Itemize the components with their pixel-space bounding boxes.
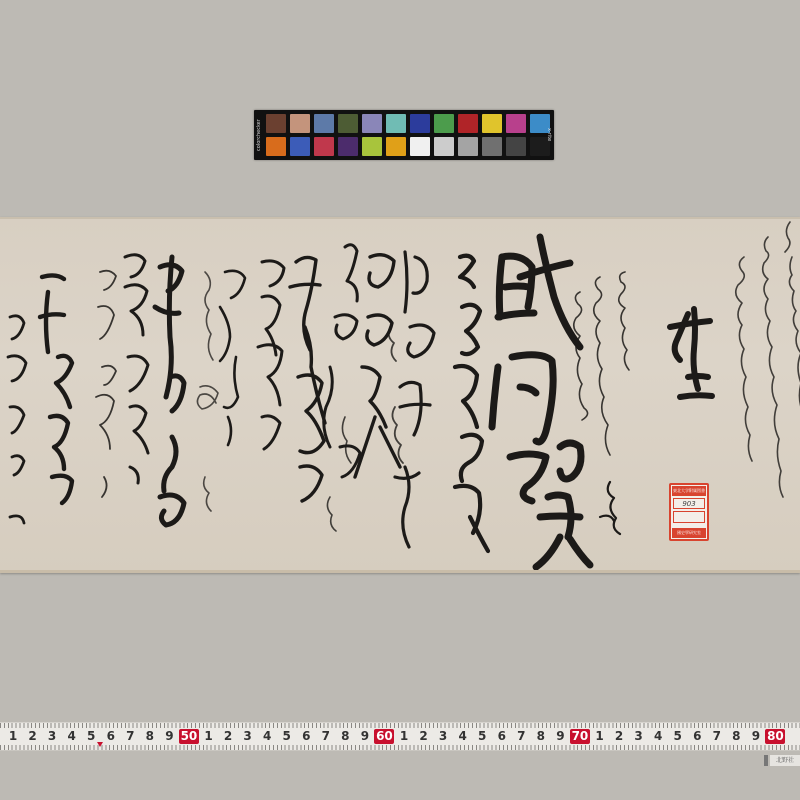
ruler-number: 8	[144, 729, 156, 744]
ruler-number: 5	[672, 729, 684, 744]
ruler-number: 9	[750, 729, 762, 744]
color-patch	[458, 114, 478, 133]
ruler-major-number: 70	[570, 729, 590, 744]
ruler-number: 5	[281, 729, 293, 744]
color-patch	[458, 137, 478, 156]
ruler-number: 8	[730, 729, 742, 744]
corner-label: 北野社	[770, 755, 800, 766]
corner-label-bar	[764, 755, 768, 766]
ruler-number: 7	[124, 729, 136, 744]
ruler-number: 3	[46, 729, 58, 744]
ruler-number: 3	[242, 729, 254, 744]
color-patch	[266, 137, 286, 156]
color-patch	[314, 137, 334, 156]
ruler-number: 6	[496, 729, 508, 744]
color-patch	[290, 114, 310, 133]
measuring-ruler: 1234567895012345678960123456789701234567…	[0, 722, 800, 751]
ruler-number: 6	[105, 729, 117, 744]
color-patch	[314, 114, 334, 133]
ruler-number: 1	[398, 729, 410, 744]
ruler-number: 3	[633, 729, 645, 744]
color-patch	[338, 137, 358, 156]
color-patch	[506, 137, 526, 156]
color-checker: colorchecker x-rite	[254, 110, 554, 160]
color-patch	[266, 114, 286, 133]
ruler-number: 7	[320, 729, 332, 744]
stamp-bottom-text: 國史學研究室	[672, 528, 706, 538]
ruler-number: 5	[85, 729, 97, 744]
ruler-ticks-bottom	[0, 745, 800, 750]
ruler-number: 5	[476, 729, 488, 744]
ruler-number: 8	[535, 729, 547, 744]
color-patch	[290, 137, 310, 156]
ruler-number: 2	[418, 729, 430, 744]
ruler-number: 9	[359, 729, 371, 744]
color-patch	[338, 114, 358, 133]
ruler-ticks-top	[0, 723, 800, 728]
color-patch	[386, 137, 406, 156]
ruler-number: 7	[515, 729, 527, 744]
color-patch	[362, 114, 382, 133]
color-patch	[506, 114, 526, 133]
color-patch	[410, 137, 430, 156]
ruler-number: 8	[339, 729, 351, 744]
ruler-number: 4	[652, 729, 664, 744]
checker-brand-left: colorchecker	[256, 118, 264, 152]
ruler-number: 2	[222, 729, 234, 744]
corner-label-text: 北野社	[776, 757, 794, 764]
ruler-number: 9	[554, 729, 566, 744]
color-patch	[362, 137, 382, 156]
paper-bottom-edge	[0, 570, 800, 573]
ruler-number: 7	[711, 729, 723, 744]
stamp-blank-field	[673, 511, 705, 523]
ruler-major-number: 80	[765, 729, 785, 744]
ruler-number: 4	[261, 729, 273, 744]
ruler-number: 2	[613, 729, 625, 744]
ruler-major-number: 60	[374, 729, 394, 744]
color-patch	[386, 114, 406, 133]
ruler-number: 3	[437, 729, 449, 744]
library-stamp: 東北大学附属図書館 903 國史學研究室	[669, 483, 709, 541]
color-patch	[434, 114, 454, 133]
color-patch	[482, 137, 502, 156]
ruler-number: 1	[594, 729, 606, 744]
stamp-top-text: 東北大学附属図書館	[672, 486, 706, 496]
color-patch	[410, 114, 430, 133]
color-patch	[482, 114, 502, 133]
ruler-number: 6	[691, 729, 703, 744]
ruler-number: 2	[27, 729, 39, 744]
ruler-number: 4	[457, 729, 469, 744]
ruler-marker-icon	[97, 742, 103, 747]
ruler-number: 6	[300, 729, 312, 744]
ruler-major-number: 50	[179, 729, 199, 744]
ruler-number: 1	[7, 729, 19, 744]
ruler-number: 4	[66, 729, 78, 744]
color-patch	[434, 137, 454, 156]
checker-grid	[266, 114, 550, 156]
stamp-number: 903	[673, 498, 705, 509]
ruler-number: 9	[163, 729, 175, 744]
ruler-number: 1	[203, 729, 215, 744]
checker-brand-right: x-rite	[544, 122, 552, 148]
